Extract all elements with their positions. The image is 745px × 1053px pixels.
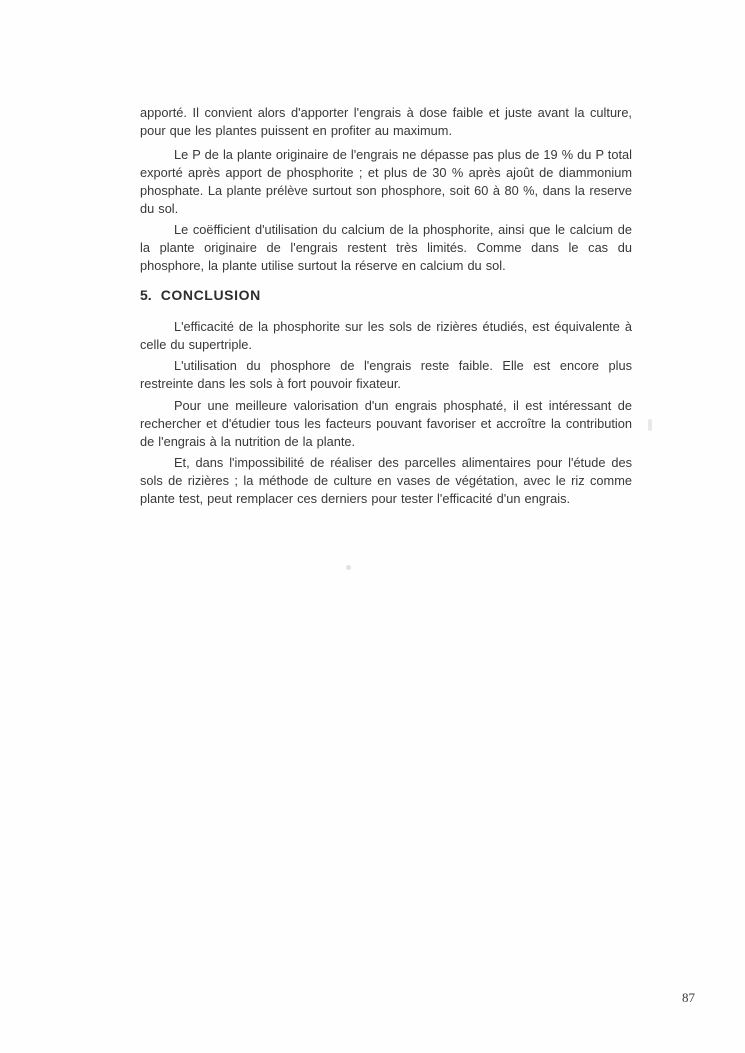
section-heading: 5.CONCLUSION	[140, 286, 632, 304]
conclusion-paragraph-1: L'efficacité de la phosphorite sur les s…	[140, 318, 632, 354]
intro-paragraph-1: apporté. Il convient alors d'apporter l'…	[140, 104, 632, 140]
text-block: apporté. Il convient alors d'apporter l'…	[140, 104, 632, 508]
page-number: 87	[682, 990, 695, 1006]
scan-speck	[648, 419, 652, 431]
conclusion-paragraph-4: Et, dans l'impossibilité de réaliser des…	[140, 454, 632, 508]
conclusion-paragraph-2: L'utilisation du phosphore de l'engrais …	[140, 357, 632, 393]
section-heading-number: 5.	[140, 286, 152, 304]
scan-speck	[346, 565, 351, 570]
section-heading-title: CONCLUSION	[161, 287, 261, 303]
scanned-document-page: apporté. Il convient alors d'apporter l'…	[0, 0, 745, 1053]
intro-paragraph-3: Le coëfficient d'utilisation du calcium …	[140, 221, 632, 275]
conclusion-paragraph-3: Pour une meilleure valorisation d'un eng…	[140, 397, 632, 451]
intro-paragraph-2: Le P de la plante originaire de l'engrai…	[140, 146, 632, 218]
